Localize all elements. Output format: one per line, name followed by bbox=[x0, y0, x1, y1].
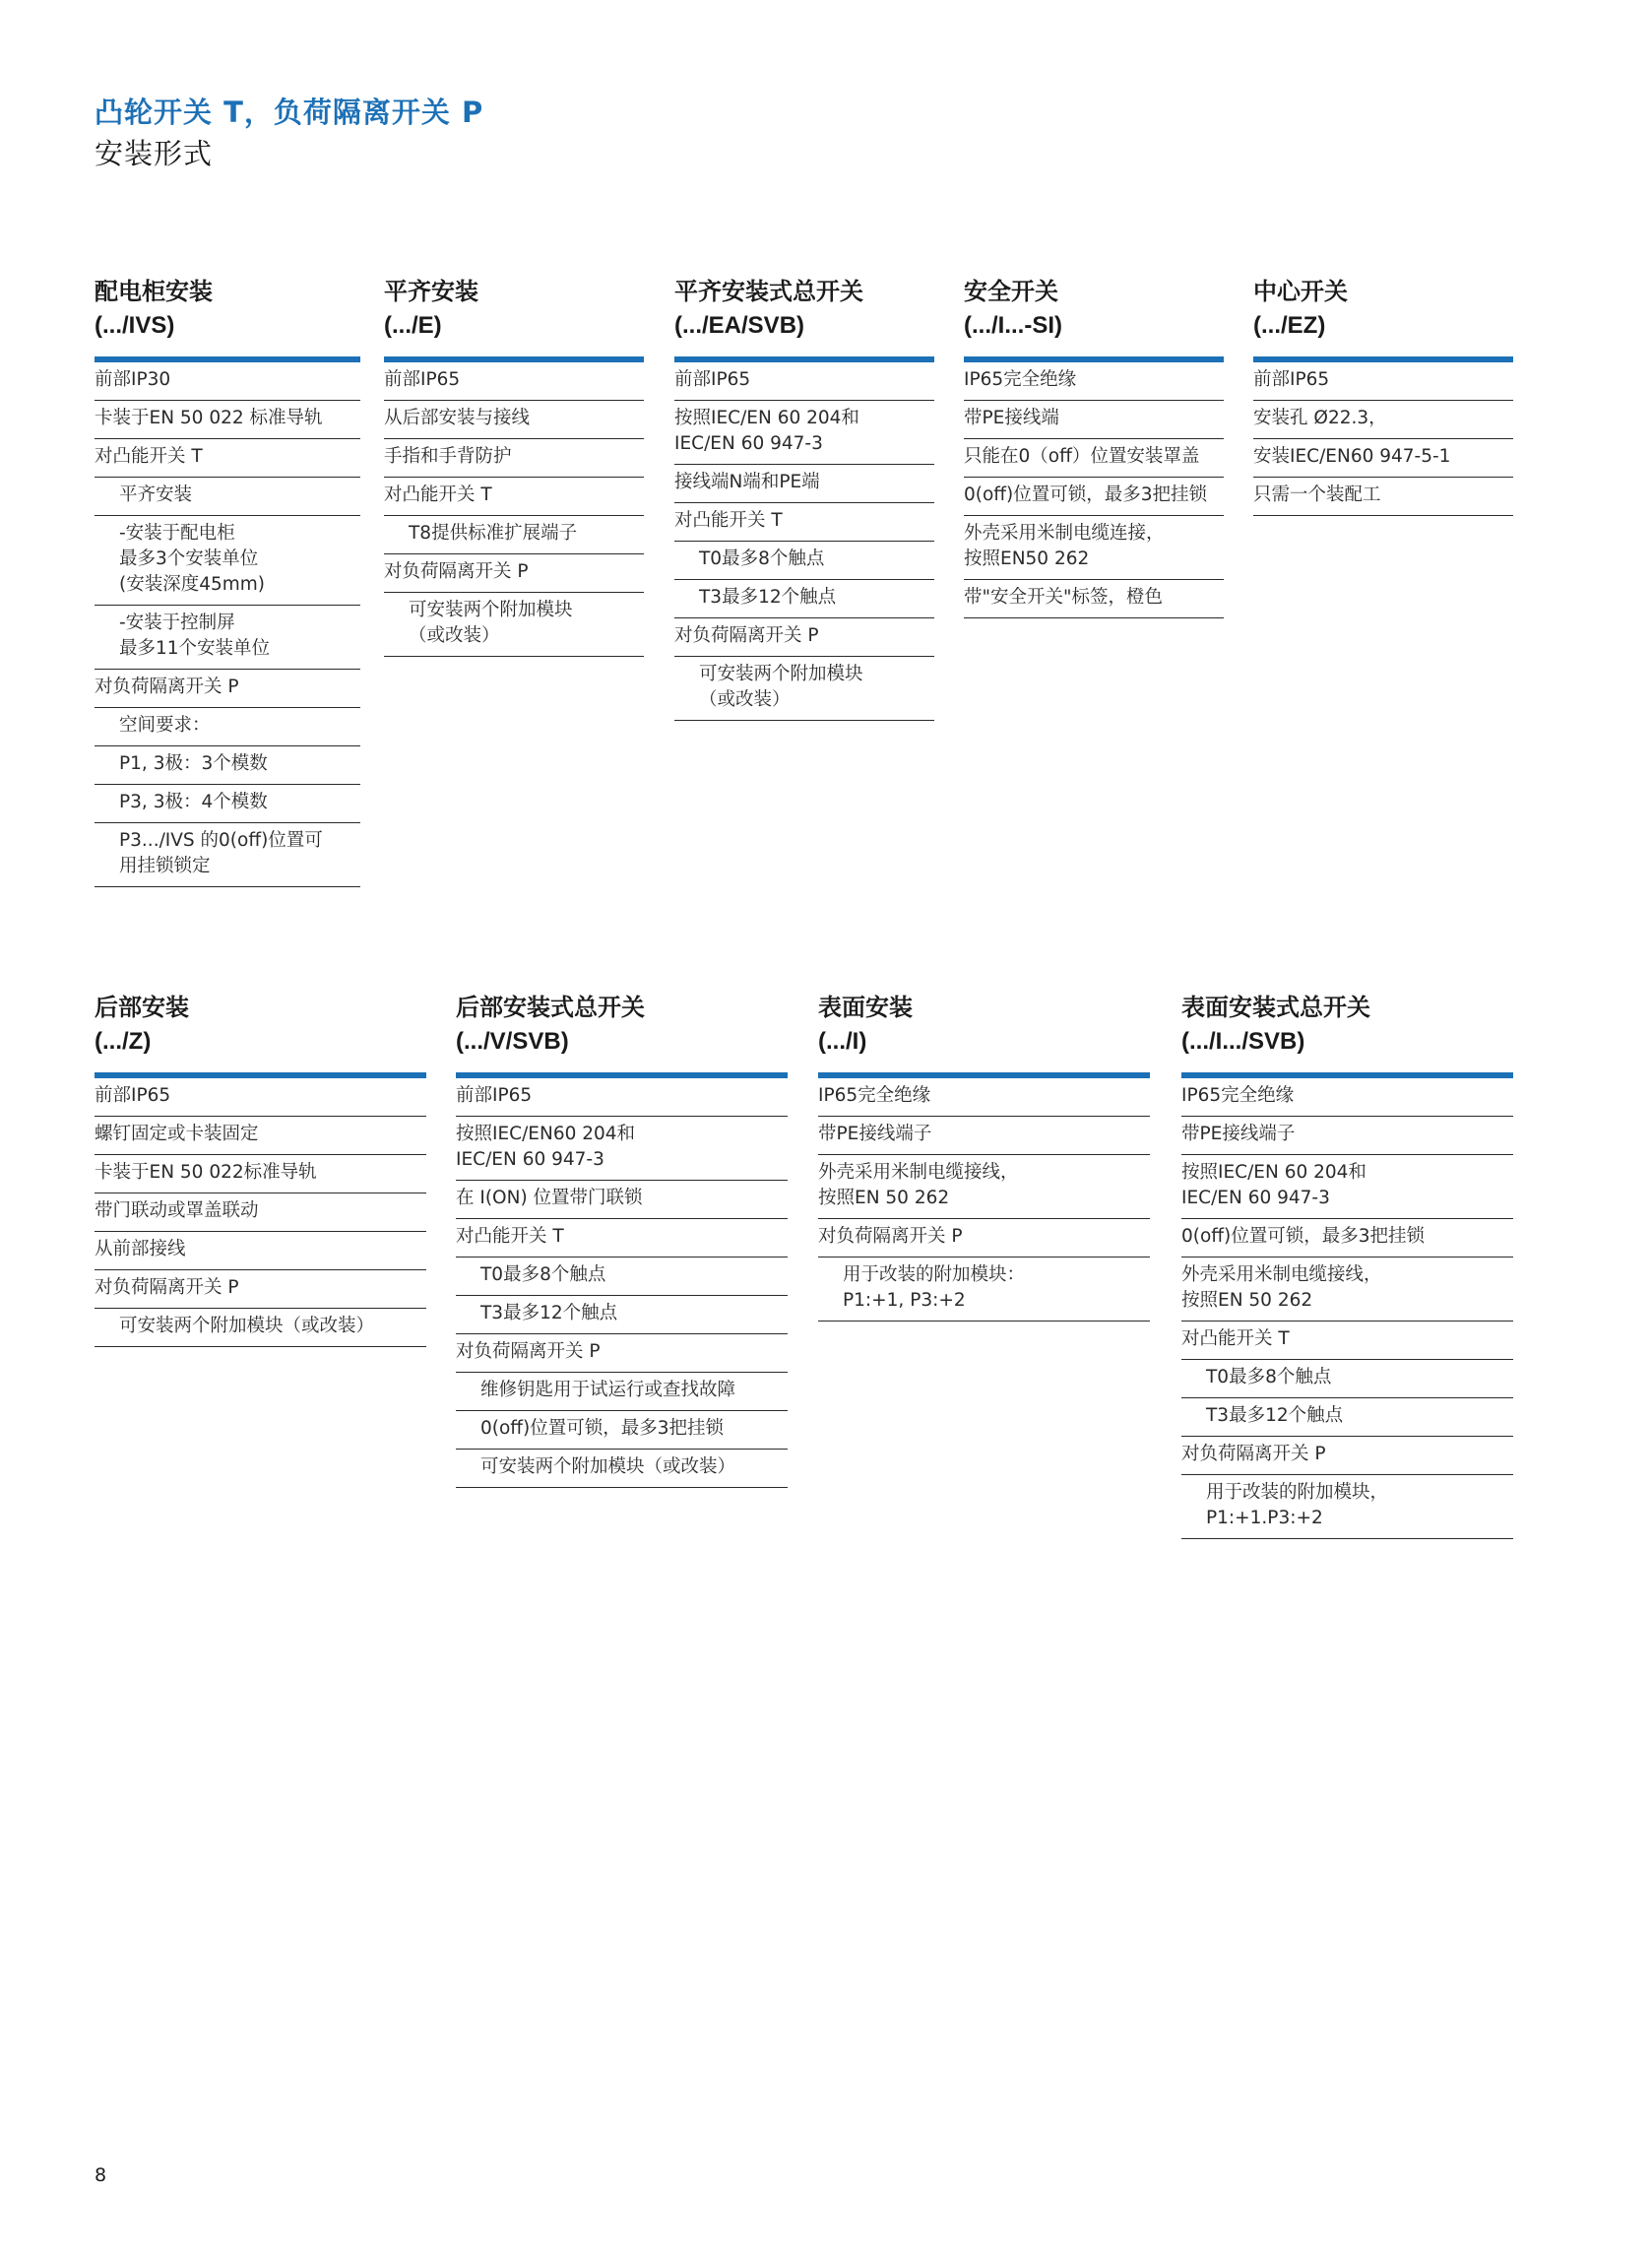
feature-row: 用于改装的附加模块， P1:+1.P3:+2 bbox=[1181, 1475, 1513, 1539]
feature-list: IP65完全绝缘带PE接线端子按照IEC/EN 60 204和 IEC/EN 6… bbox=[1181, 1078, 1513, 1539]
section-code: (.../IVS) bbox=[95, 309, 360, 343]
section-title: 配电柜安装 bbox=[95, 276, 360, 309]
feature-row: 前部IP65 bbox=[384, 362, 644, 401]
feature-row: 外壳采用米制电缆接线， 按照EN 50 262 bbox=[1181, 1257, 1513, 1322]
feature-row: 螺钉固定或卡装固定 bbox=[95, 1117, 426, 1155]
section-code: (.../E) bbox=[384, 309, 644, 343]
feature-row: 按照IEC/EN 60 204和 IEC/EN 60 947-3 bbox=[1181, 1155, 1513, 1219]
feature-row: 按照IEC/EN 60 204和 IEC/EN 60 947-3 bbox=[674, 401, 934, 465]
feature-row: 对负荷隔离开关 P bbox=[95, 1270, 426, 1309]
feature-row: 对凸能开关 T bbox=[1181, 1322, 1513, 1360]
feature-row: 对负荷隔离开关 P bbox=[1181, 1437, 1513, 1475]
section-code: (.../I...-SI) bbox=[964, 309, 1224, 343]
section-title: 中心开关 bbox=[1253, 276, 1513, 309]
feature-row: P3, 3极：4个模数 bbox=[95, 785, 360, 823]
feature-row: 对负荷隔离开关 P bbox=[456, 1334, 788, 1373]
section-title: 平齐安装 bbox=[384, 276, 644, 309]
page-number: 8 bbox=[95, 2164, 106, 2186]
feature-row: 带门联动或罩盖联动 bbox=[95, 1193, 426, 1232]
section-flush-mount: 平齐安装(.../E)前部IP65从后部安装与接线手指和手背防护对凸能开关 TT… bbox=[384, 276, 644, 657]
feature-row: 前部IP30 bbox=[95, 362, 360, 401]
feature-row: 可安装两个附加模块（或改装） bbox=[456, 1450, 788, 1488]
feature-row: 前部IP65 bbox=[1253, 362, 1513, 401]
feature-list: 前部IP65安装孔 Ø22.3，安装IEC/EN60 947-5-1只需一个装配… bbox=[1253, 362, 1513, 516]
feature-row: 卡装于EN 50 022 标准导轨 bbox=[95, 401, 360, 439]
section-central-switch: 中心开关(.../EZ)前部IP65安装孔 Ø22.3，安装IEC/EN60 9… bbox=[1253, 276, 1513, 516]
section-title: 表面安装 bbox=[818, 992, 1150, 1025]
feature-row: P1, 3极：3个模数 bbox=[95, 746, 360, 785]
section-safety-switch: 安全开关(.../I...-SI)IP65完全绝缘带PE接线端只能在0（off）… bbox=[964, 276, 1224, 618]
feature-row: 从前部接线 bbox=[95, 1232, 426, 1270]
feature-row: 外壳采用米制电缆接线， 按照EN 50 262 bbox=[818, 1155, 1150, 1219]
feature-list: 前部IP65按照IEC/EN60 204和 IEC/EN 60 947-3在 I… bbox=[456, 1078, 788, 1488]
section-heading: 安全开关(.../I...-SI) bbox=[964, 276, 1224, 349]
feature-row: -安装于控制屏 最多11个安装单位 bbox=[95, 606, 360, 670]
section-heading: 表面安装式总开关(.../I.../SVB) bbox=[1181, 992, 1513, 1064]
feature-row: T8提供标准扩展端子 bbox=[384, 516, 644, 554]
feature-list: 前部IP30卡装于EN 50 022 标准导轨对凸能开关 T平齐安装-安装于配电… bbox=[95, 362, 360, 887]
feature-row: 带"安全开关"标签，橙色 bbox=[964, 580, 1224, 618]
feature-row: 只能在0（off）位置安装罩盖 bbox=[964, 439, 1224, 478]
feature-row: IP65完全绝缘 bbox=[818, 1078, 1150, 1117]
feature-row: T3最多12个触点 bbox=[1181, 1398, 1513, 1437]
feature-row: 用于改装的附加模块： P1:+1, P3:+2 bbox=[818, 1257, 1150, 1322]
feature-row: 对凸能开关 T bbox=[674, 503, 934, 542]
feature-row: 在 I(ON) 位置带门联锁 bbox=[456, 1181, 788, 1219]
section-title: 表面安装式总开关 bbox=[1181, 992, 1513, 1025]
feature-row: 平齐安装 bbox=[95, 478, 360, 516]
feature-row: 可安装两个附加模块 （或改装） bbox=[674, 657, 934, 721]
feature-row: 对凸能开关 T bbox=[456, 1219, 788, 1257]
section-flush-main-switch: 平齐安装式总开关(.../EA/SVB)前部IP65按照IEC/EN 60 20… bbox=[674, 276, 934, 721]
feature-row: 对凸能开关 T bbox=[384, 478, 644, 516]
section-heading: 后部安装式总开关(.../V/SVB) bbox=[456, 992, 788, 1064]
section-rear-main-switch: 后部安装式总开关(.../V/SVB)前部IP65按照IEC/EN60 204和… bbox=[456, 992, 788, 1488]
section-surface-mount: 表面安装(.../I)IP65完全绝缘带PE接线端子外壳采用米制电缆接线， 按照… bbox=[818, 992, 1150, 1322]
feature-row: IP65完全绝缘 bbox=[964, 362, 1224, 401]
feature-row: 前部IP65 bbox=[674, 362, 934, 401]
feature-row: 带PE接线端子 bbox=[818, 1117, 1150, 1155]
feature-row: 外壳采用米制电缆连接， 按照EN50 262 bbox=[964, 516, 1224, 580]
feature-row: 对负荷隔离开关 P bbox=[674, 618, 934, 657]
feature-list: IP65完全绝缘带PE接线端只能在0（off）位置安装罩盖0(off)位置可锁，… bbox=[964, 362, 1224, 618]
section-code: (.../EZ) bbox=[1253, 309, 1513, 343]
page-subtitle: 安装形式 bbox=[95, 132, 213, 172]
feature-row: 安装孔 Ø22.3， bbox=[1253, 401, 1513, 439]
feature-row: 维修钥匙用于试运行或查找故障 bbox=[456, 1373, 788, 1411]
section-title: 安全开关 bbox=[964, 276, 1224, 309]
section-code: (.../Z) bbox=[95, 1025, 426, 1059]
feature-row: 安装IEC/EN60 947-5-1 bbox=[1253, 439, 1513, 478]
section-rear-mount: 后部安装(.../Z)前部IP65螺钉固定或卡装固定卡装于EN 50 022标准… bbox=[95, 992, 426, 1347]
section-code: (.../I.../SVB) bbox=[1181, 1025, 1513, 1059]
feature-row: 0(off)位置可锁，最多3把挂锁 bbox=[964, 478, 1224, 516]
section-code: (.../V/SVB) bbox=[456, 1025, 788, 1059]
feature-row: T3最多12个触点 bbox=[456, 1296, 788, 1334]
feature-row: 对负荷隔离开关 P bbox=[384, 554, 644, 593]
feature-row: 0(off)位置可锁，最多3把挂锁 bbox=[456, 1411, 788, 1450]
section-title: 后部安装 bbox=[95, 992, 426, 1025]
feature-row: 可安装两个附加模块（或改装） bbox=[95, 1309, 426, 1347]
section-title: 平齐安装式总开关 bbox=[674, 276, 934, 309]
feature-list: 前部IP65按照IEC/EN 60 204和 IEC/EN 60 947-3接线… bbox=[674, 362, 934, 721]
feature-row: IP65完全绝缘 bbox=[1181, 1078, 1513, 1117]
feature-row: 前部IP65 bbox=[456, 1078, 788, 1117]
feature-row: 接线端N端和PE端 bbox=[674, 465, 934, 503]
feature-row: 对凸能开关 T bbox=[95, 439, 360, 478]
feature-row: 按照IEC/EN60 204和 IEC/EN 60 947-3 bbox=[456, 1117, 788, 1181]
feature-row: 对负荷隔离开关 P bbox=[95, 670, 360, 708]
feature-row: P3.../IVS 的0(off)位置可 用挂锁锁定 bbox=[95, 823, 360, 887]
feature-row: T0最多8个触点 bbox=[674, 542, 934, 580]
feature-row: 带PE接线端 bbox=[964, 401, 1224, 439]
feature-row: T3最多12个触点 bbox=[674, 580, 934, 618]
section-surface-main-switch: 表面安装式总开关(.../I.../SVB)IP65完全绝缘带PE接线端子按照I… bbox=[1181, 992, 1513, 1539]
section-cabinet-mount: 配电柜安装(.../IVS)前部IP30卡装于EN 50 022 标准导轨对凸能… bbox=[95, 276, 360, 887]
feature-list: 前部IP65从后部安装与接线手指和手背防护对凸能开关 TT8提供标准扩展端子对负… bbox=[384, 362, 644, 657]
feature-row: 手指和手背防护 bbox=[384, 439, 644, 478]
feature-row: 对负荷隔离开关 P bbox=[818, 1219, 1150, 1257]
section-heading: 平齐安装(.../E) bbox=[384, 276, 644, 349]
section-heading: 后部安装(.../Z) bbox=[95, 992, 426, 1064]
section-heading: 表面安装(.../I) bbox=[818, 992, 1150, 1064]
feature-row: 空间要求： bbox=[95, 708, 360, 746]
feature-row: 前部IP65 bbox=[95, 1078, 426, 1117]
feature-row: T0最多8个触点 bbox=[1181, 1360, 1513, 1398]
feature-list: IP65完全绝缘带PE接线端子外壳采用米制电缆接线， 按照EN 50 262对负… bbox=[818, 1078, 1150, 1322]
feature-row: 带PE接线端子 bbox=[1181, 1117, 1513, 1155]
section-heading: 中心开关(.../EZ) bbox=[1253, 276, 1513, 349]
page-title: 凸轮开关 T，负荷隔离开关 P bbox=[95, 91, 483, 131]
section-heading: 平齐安装式总开关(.../EA/SVB) bbox=[674, 276, 934, 349]
feature-row: 可安装两个附加模块 （或改装） bbox=[384, 593, 644, 657]
feature-row: -安装于配电柜 最多3个安装单位 (安装深度45mm) bbox=[95, 516, 360, 606]
section-code: (.../EA/SVB) bbox=[674, 309, 934, 343]
feature-row: 卡装于EN 50 022标准导轨 bbox=[95, 1155, 426, 1193]
section-heading: 配电柜安装(.../IVS) bbox=[95, 276, 360, 349]
section-code: (.../I) bbox=[818, 1025, 1150, 1059]
feature-row: T0最多8个触点 bbox=[456, 1257, 788, 1296]
feature-list: 前部IP65螺钉固定或卡装固定卡装于EN 50 022标准导轨带门联动或罩盖联动… bbox=[95, 1078, 426, 1347]
feature-row: 0(off)位置可锁，最多3把挂锁 bbox=[1181, 1219, 1513, 1257]
feature-row: 从后部安装与接线 bbox=[384, 401, 644, 439]
feature-row: 只需一个装配工 bbox=[1253, 478, 1513, 516]
section-title: 后部安装式总开关 bbox=[456, 992, 788, 1025]
